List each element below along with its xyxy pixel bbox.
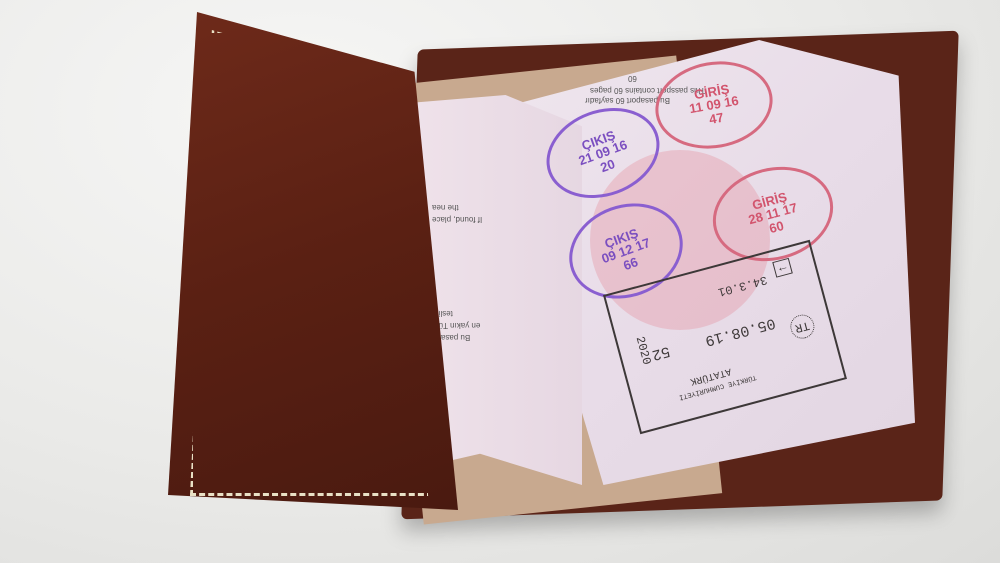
page-text: If found, place (432, 215, 482, 224)
entry-arrow-icon: ← (772, 258, 793, 278)
page-text: the nea (432, 203, 459, 212)
page-number: 60 (628, 74, 637, 83)
tr-badge: TR (787, 312, 817, 341)
